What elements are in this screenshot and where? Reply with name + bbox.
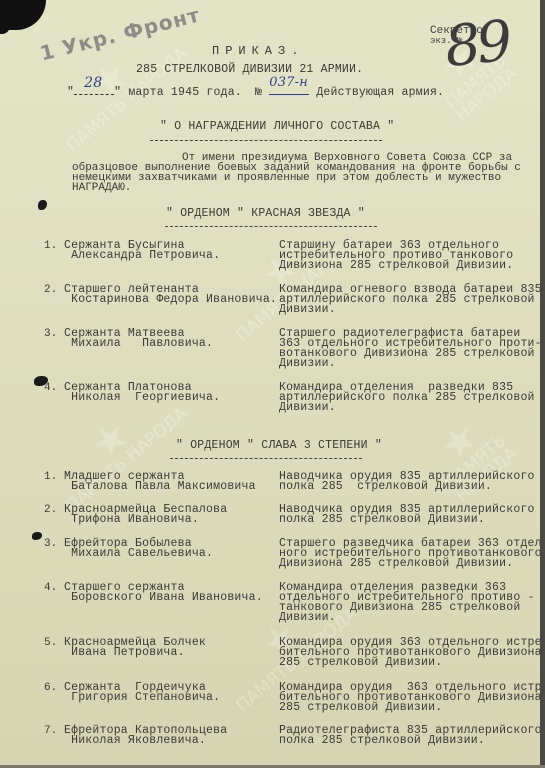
divider <box>170 458 362 459</box>
ink-blot <box>32 532 42 540</box>
handwritten-copy-number: 89 <box>442 9 512 80</box>
divider <box>150 140 382 141</box>
ink-blot <box>38 200 47 210</box>
subject-heading: " О НАГРАЖДЕНИИ ЛИЧНОГО СОСТАВА " <box>160 122 394 132</box>
order-number-line: № 037-н Действующая армия. <box>255 86 444 98</box>
document-page: ★ПАМЯТЬ НАРОДА ★ПАМЯТЬ НАРОДА ★ПАМЯТЬ НА… <box>0 0 540 768</box>
order-number: 037-н <box>269 78 308 88</box>
date-line: "28" марта 1945 года. <box>67 86 242 98</box>
preamble: От имени президиума Верховного Совета Со… <box>72 153 540 193</box>
ink-blot <box>0 20 10 34</box>
page-edge <box>540 0 545 768</box>
date-day: 28 <box>84 78 102 88</box>
section-heading-glory: " ОРДЕНОМ " СЛАВА 3 СТЕПЕНИ " <box>176 441 382 451</box>
document-title: ПРИКАЗ. <box>212 46 304 56</box>
watermark: ★ПАМЯТЬ НАРОДА <box>211 208 361 346</box>
unit-line: 285 СТРЕЛКОВОЙ ДИВИЗИИ 21 АРМИИ. <box>136 65 363 75</box>
front-stamp: 1 Укр. Фронт <box>38 3 203 66</box>
divider <box>165 226 377 227</box>
section-heading-red-star: " ОРДЕНОМ " КРАСНАЯ ЗВЕЗДА " <box>166 209 365 219</box>
